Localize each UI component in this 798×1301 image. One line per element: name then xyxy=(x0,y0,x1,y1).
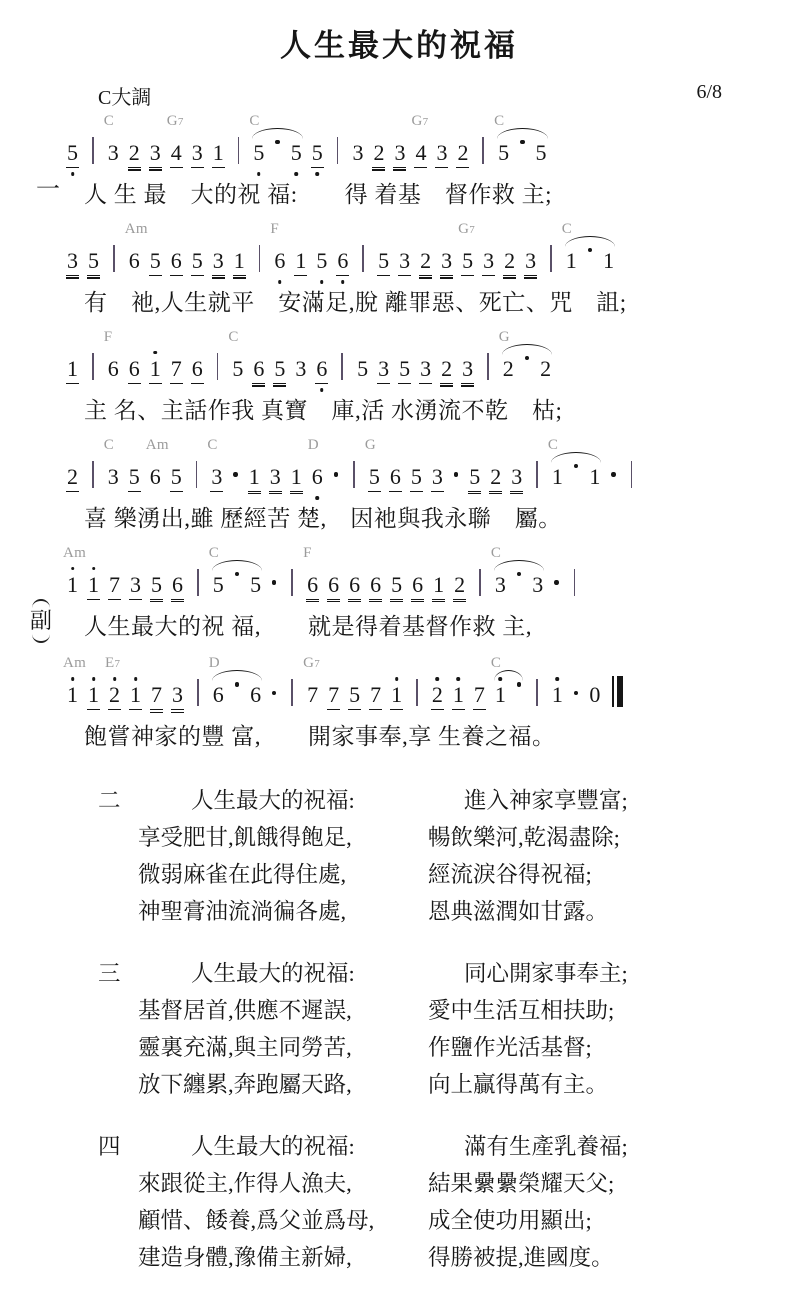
note: 5 xyxy=(191,248,204,276)
note: 2 xyxy=(503,248,516,276)
tie-group: 5C5 xyxy=(248,140,306,167)
verse-line-right: 作鹽作光活基督; xyxy=(428,1029,798,1066)
note: 2 xyxy=(440,356,453,384)
chord-root: C xyxy=(104,437,114,453)
octave-dot-high xyxy=(499,677,503,681)
chorus-marker: 副 xyxy=(30,599,52,643)
note: 2 xyxy=(453,572,466,600)
note: 2 xyxy=(539,356,552,383)
barline xyxy=(113,245,115,272)
note: 2 xyxy=(372,140,385,168)
note: 5 xyxy=(468,464,481,492)
chord-label: C xyxy=(562,222,572,237)
jianpu-score: 一53C234G7315C553234G7325C5人 生 最 大的祝 福: 得… xyxy=(0,110,798,752)
verse-line: 二人生最大的祝福:進入神家享豐富; xyxy=(98,782,798,819)
verse-number xyxy=(98,1202,138,1239)
verse-line-right: 得勝被提,進國度。 xyxy=(428,1239,798,1276)
note: 5G xyxy=(368,464,381,492)
verse-line-right: 向上贏得萬有主。 xyxy=(428,1066,798,1103)
note: 1 xyxy=(87,572,100,600)
tie-group: 2G2 xyxy=(498,356,556,383)
verse-line-right: 暢飲樂河,乾渴盡除; xyxy=(428,819,798,856)
note: 6 xyxy=(171,572,184,600)
jianpu-notes-row: 356Am565316F15653235G73231C1 xyxy=(62,218,798,288)
barline xyxy=(291,679,293,706)
note: 5 xyxy=(315,248,328,275)
note: 5 xyxy=(66,140,79,168)
octave-dot-high xyxy=(153,351,157,355)
music-system: 副1Am173565C56F66656123C3人生最大的祝 福, 就是得着基督… xyxy=(0,542,798,642)
octave-dot-low xyxy=(320,388,324,392)
note: 1 xyxy=(452,682,465,710)
chord-label: C xyxy=(491,546,501,561)
verse-line-right: 經流淚谷得祝福; xyxy=(428,856,798,893)
augmentation-dot xyxy=(517,572,521,576)
verse-block: 四人生最大的祝福:滿有生產乳養福;來跟從主,作得人漁夫,結果纍纍榮耀天父;顧惜、… xyxy=(98,1128,798,1276)
note: 1 xyxy=(248,464,261,492)
augmentation-dot xyxy=(272,691,276,695)
note: 6F xyxy=(273,248,286,275)
note: 6D xyxy=(311,464,324,491)
chord-label: Am xyxy=(63,546,86,561)
note: 1 xyxy=(149,356,162,384)
chord-root: G xyxy=(167,113,178,129)
verse-line-left: 基督居首,供應不遲誤, xyxy=(138,992,428,1029)
chord-label: E7 xyxy=(105,656,120,671)
note: 2 xyxy=(419,248,432,276)
note: 6 xyxy=(411,572,424,600)
note: 5 xyxy=(390,572,403,600)
note: 6D xyxy=(212,682,225,709)
final-barline-thin xyxy=(612,676,614,707)
note: 5 xyxy=(273,356,286,384)
note: 3C xyxy=(107,464,120,491)
octave-dot-low xyxy=(320,280,324,284)
note: 3 xyxy=(393,140,406,168)
note: 5 xyxy=(356,356,369,383)
chord-root: Am xyxy=(146,437,169,453)
note: 5C xyxy=(212,572,225,599)
chord-root: Am xyxy=(63,655,86,671)
augmentation-dot xyxy=(454,472,458,476)
note: 3 xyxy=(269,464,282,492)
note: 3 xyxy=(419,356,432,384)
verse-line-left: 人生最大的祝福: xyxy=(138,955,428,992)
final-barline xyxy=(612,676,622,707)
augmentation-dot xyxy=(525,356,529,360)
verse-block: 三人生最大的祝福:同心開家事奉主;基督居首,供應不遲誤,愛中生活互相扶助;靈裏充… xyxy=(98,955,798,1103)
verse-number xyxy=(98,856,138,893)
jianpu-notes-row: 1Am12E71736D67G775712171C10 xyxy=(62,649,798,722)
chord-root: C xyxy=(491,655,501,671)
time-signature-label: 6/8 xyxy=(696,81,722,110)
verse-line: 三人生最大的祝福:同心開家事奉主; xyxy=(98,955,798,992)
verse-line-right: 愛中生活互相扶助; xyxy=(428,992,798,1029)
chord-label: D xyxy=(209,656,220,671)
chord-label: G xyxy=(365,438,376,453)
chord-root: F xyxy=(104,329,113,345)
chord-quality: 7 xyxy=(314,658,320,670)
note: 6 xyxy=(327,572,340,600)
octave-dot-high xyxy=(71,677,75,681)
barline xyxy=(197,569,199,596)
verse-line-left: 來跟從主,作得人漁夫, xyxy=(138,1165,428,1202)
barline xyxy=(631,461,633,488)
chord-label: C xyxy=(207,438,217,453)
chord-root: C xyxy=(494,113,504,129)
chord-root: G xyxy=(458,221,469,237)
chord-label: G7 xyxy=(458,222,475,237)
note: 1 xyxy=(390,682,403,710)
verse-line-left: 神聖膏油流淌徧各處, xyxy=(138,893,428,930)
note: 1 xyxy=(233,248,246,276)
note: 2E7 xyxy=(108,682,121,710)
verse-line: 放下纏累,奔跑屬天路,向上贏得萬有主。 xyxy=(98,1066,798,1103)
note: 1 xyxy=(432,572,445,600)
verse-line-left: 放下纏累,奔跑屬天路, xyxy=(138,1066,428,1103)
barline xyxy=(337,137,339,164)
verse-line-right: 滿有生產乳養福; xyxy=(428,1128,798,1165)
note: 3 xyxy=(440,248,453,276)
note: 1 xyxy=(212,140,225,168)
chord-label: G7 xyxy=(411,114,428,129)
chord-label: F xyxy=(303,546,312,561)
verse-line: 神聖膏油流淌徧各處,恩典滋潤如甘露。 xyxy=(98,893,798,930)
chord-root: C xyxy=(207,437,217,453)
note: 1 xyxy=(129,682,142,710)
note: 7G7 xyxy=(306,682,319,709)
barline xyxy=(92,137,94,164)
octave-dot-high xyxy=(556,677,560,681)
barline xyxy=(536,679,538,706)
chord-label: D xyxy=(308,438,319,453)
note: 3 xyxy=(435,140,448,168)
note: 2 xyxy=(66,464,79,492)
verse-line-right: 成全使功用顯出; xyxy=(428,1202,798,1239)
verse-line-right: 進入神家享豐富; xyxy=(428,782,798,819)
verse-number xyxy=(98,1066,138,1103)
music-system: 23C56Am53C1316D5G6535231C1喜 樂湧出,雖 歷經苦 楚,… xyxy=(0,434,798,534)
verse-line: 四人生最大的祝福:滿有生產乳養福; xyxy=(98,1128,798,1165)
barline xyxy=(482,137,484,164)
verse-line: 基督居首,供應不遲誤,愛中生活互相扶助; xyxy=(98,992,798,1029)
note: 3 xyxy=(171,682,184,710)
verse-block: 二人生最大的祝福:進入神家享豐富;享受肥甘,飢餓得飽足,暢飲樂河,乾渴盡除;微弱… xyxy=(98,782,798,930)
note: 5 xyxy=(535,140,548,167)
chord-label: Am xyxy=(146,438,169,453)
augmentation-dot xyxy=(588,248,592,252)
chord-label: C xyxy=(491,656,501,671)
tie-group: 5C5 xyxy=(493,140,551,167)
chord-root: G xyxy=(499,329,510,345)
note: 1 xyxy=(290,464,303,492)
note: 5 xyxy=(170,464,183,492)
augmentation-dot xyxy=(517,682,521,686)
note: 2 xyxy=(489,464,502,492)
note: 3 xyxy=(149,140,162,168)
lyrics-row: 有 祂,人生就平 安滿足,脫 離罪惡、死亡、咒 詛; xyxy=(84,288,798,318)
note: 1 xyxy=(66,356,79,384)
chord-root: G xyxy=(411,113,422,129)
verses-block: 二人生最大的祝福:進入神家享豐富;享受肥甘,飢餓得飽足,暢飲樂河,乾渴盡除;微弱… xyxy=(98,782,798,1276)
note: 7 xyxy=(150,682,163,710)
verse-number: 三 xyxy=(98,955,138,992)
note: 7 xyxy=(170,356,183,384)
octave-dot-low xyxy=(71,172,75,176)
chord-label: C xyxy=(494,114,504,129)
note: 3 xyxy=(294,356,307,383)
note: 3 xyxy=(531,572,544,599)
music-system: 一53C234G7315C553234G7325C5人 生 最 大的祝 福: 得… xyxy=(0,110,798,210)
barline xyxy=(341,353,343,380)
note: 3C xyxy=(210,464,223,492)
note: 5 xyxy=(149,248,162,276)
key-signature-label: C大調 xyxy=(98,81,151,110)
verse-line-left: 人生最大的祝福: xyxy=(138,782,428,819)
music-system: 16F61765C65365353232G2主 名、主話作我 真寶 庫,活 水湧… xyxy=(0,326,798,426)
note: 6Am xyxy=(128,248,141,275)
barline xyxy=(197,679,199,706)
augmentation-dot xyxy=(520,140,524,144)
chord-label: F xyxy=(104,330,113,345)
barline xyxy=(487,353,489,380)
octave-dot-low xyxy=(315,172,319,176)
note: 5 xyxy=(87,248,100,276)
barline xyxy=(574,569,576,596)
note: 3 xyxy=(191,140,204,168)
note: 1 xyxy=(87,682,100,710)
note: 3 xyxy=(398,248,411,276)
note: 3 xyxy=(129,572,142,600)
chord-root: C xyxy=(228,329,238,345)
augmentation-dot xyxy=(235,682,239,686)
note: 6 xyxy=(252,356,265,384)
jianpu-notes-row: 1Am173565C56F66656123C3 xyxy=(62,542,798,612)
verse-line-left: 靈裏充滿,與主同勞苦, xyxy=(138,1029,428,1066)
tie-group: 3C3 xyxy=(490,572,548,599)
verse-line-right: 同心開家事奉主; xyxy=(428,955,798,992)
note: 3C xyxy=(107,140,120,167)
barline xyxy=(353,461,355,488)
note: 7 xyxy=(327,682,340,710)
chord-root: C xyxy=(249,113,259,129)
note: 1Am xyxy=(66,682,79,709)
barline xyxy=(92,461,94,488)
note: 6 xyxy=(128,356,141,384)
final-barline-thick xyxy=(617,676,623,707)
note: 5 xyxy=(290,140,303,167)
verse-line-left: 顧惜、餧養,爲父並爲母, xyxy=(138,1202,428,1239)
marker-paren-bottom xyxy=(32,634,50,643)
note: 6F xyxy=(107,356,120,383)
note: 5C xyxy=(252,140,265,167)
octave-dot-high xyxy=(436,677,440,681)
note: 7 xyxy=(369,682,382,710)
note: 1C xyxy=(551,464,564,491)
verse-number xyxy=(98,893,138,930)
note: 6 xyxy=(249,682,262,709)
augmentation-dot xyxy=(574,691,578,695)
verse-number xyxy=(98,992,138,1029)
note: 3C xyxy=(494,572,507,599)
verse-line: 享受肥甘,飢餓得飽足,暢飲樂河,乾渴盡除; xyxy=(98,819,798,856)
barline xyxy=(479,569,481,596)
chord-root: C xyxy=(104,113,114,129)
barline xyxy=(291,569,293,596)
note: 3 xyxy=(510,464,523,492)
chord-root: C xyxy=(491,545,501,561)
verse-line-right: 恩典滋潤如甘露。 xyxy=(428,893,798,930)
chord-quality: 7 xyxy=(178,116,184,128)
verse-number xyxy=(98,1239,138,1276)
octave-dot-high xyxy=(457,677,461,681)
chord-root: F xyxy=(270,221,279,237)
verse-line-left: 人生最大的祝福: xyxy=(138,1128,428,1165)
barline xyxy=(217,353,219,380)
chord-label: C xyxy=(104,114,114,129)
note: 1Am xyxy=(66,572,79,599)
octave-dot-low xyxy=(257,172,261,176)
lyrics-row: 主 名、主話作我 真寶 庫,活 水湧流不乾 枯; xyxy=(84,396,798,426)
chord-quality: 7 xyxy=(423,116,429,128)
barline xyxy=(550,245,552,272)
note: 3 xyxy=(377,356,390,384)
music-system: 356Am565316F15653235G73231C1有 祂,人生就平 安滿足… xyxy=(0,218,798,318)
octave-dot-high xyxy=(134,677,138,681)
augmentation-dot xyxy=(554,580,558,584)
note: 5 xyxy=(410,464,423,492)
augmentation-dot xyxy=(235,572,239,576)
chord-label: C xyxy=(104,438,114,453)
lyrics-row: 人生最大的祝 福, 就是得着基督作救 主, xyxy=(84,612,798,642)
chord-label: G7 xyxy=(167,114,184,129)
note: 3 xyxy=(482,248,495,276)
chord-label: C xyxy=(228,330,238,345)
chord-quality: 7 xyxy=(469,224,475,236)
octave-dot-high xyxy=(71,567,75,571)
chord-quality: 7 xyxy=(114,658,120,670)
octave-dot-high xyxy=(92,677,96,681)
lyrics-row: 人 生 最 大的祝 福: 得 着基 督作救 主; xyxy=(84,180,798,210)
note: 5G7 xyxy=(461,248,474,276)
note: 5 xyxy=(150,572,163,600)
chord-root: C xyxy=(548,437,558,453)
chord-label: F xyxy=(270,222,279,237)
verse-line: 建造身體,豫備主新婦,得勝被提,進國度。 xyxy=(98,1239,798,1276)
note: 5 xyxy=(377,248,390,276)
note: 2G xyxy=(502,356,515,383)
note: 5 xyxy=(348,682,361,710)
chord-root: Am xyxy=(63,545,86,561)
augmentation-dot xyxy=(272,580,276,584)
chord-label: Am xyxy=(63,656,86,671)
augmentation-dot xyxy=(275,140,279,144)
verse-line-left: 建造身體,豫備主新婦, xyxy=(138,1239,428,1276)
note: 1 xyxy=(551,682,564,709)
note: 3 xyxy=(351,140,364,167)
verse-line-left: 微弱麻雀在此得住處, xyxy=(138,856,428,893)
verse-line-left: 享受肥甘,飢餓得飽足, xyxy=(138,819,428,856)
note: 7 xyxy=(473,682,486,710)
verse-number: 二 xyxy=(98,782,138,819)
chord-root: G xyxy=(303,655,314,671)
chord-root: F xyxy=(303,545,312,561)
note: 1 xyxy=(602,248,615,275)
verse-line: 靈裏充滿,與主同勞苦,作鹽作光活基督; xyxy=(98,1029,798,1066)
note: 5 xyxy=(311,140,324,168)
note: 6 xyxy=(170,248,183,276)
chord-label: C xyxy=(249,114,259,129)
barline xyxy=(92,353,94,380)
barline xyxy=(536,461,538,488)
augmentation-dot xyxy=(611,472,615,476)
chord-root: G xyxy=(365,437,376,453)
note: 5C xyxy=(231,356,244,383)
verse-line: 來跟從主,作得人漁夫,結果纍纍榮耀天父; xyxy=(98,1165,798,1202)
lyrics-row: 喜 樂湧出,雖 歷經苦 楚, 因祂與我永聯 屬。 xyxy=(84,504,798,534)
chord-label: G xyxy=(499,330,510,345)
augmentation-dot xyxy=(334,472,338,476)
note: 6Am xyxy=(149,464,162,491)
tie-group: 1C1 xyxy=(547,464,605,491)
note: 2 xyxy=(456,140,469,168)
note: 2 xyxy=(128,140,141,168)
marker-paren-top xyxy=(32,599,50,608)
chord-root: D xyxy=(308,437,319,453)
chord-root: Am xyxy=(125,221,148,237)
music-system: 1Am12E71736D67G775712171C10飽嘗神家的豐 富, 開家事… xyxy=(0,649,798,752)
note: 6 xyxy=(369,572,382,600)
octave-dot-high xyxy=(113,677,117,681)
note: 3 xyxy=(524,248,537,276)
octave-dot-low xyxy=(315,496,319,500)
verse-number xyxy=(98,1029,138,1066)
jianpu-notes-row: 23C56Am53C1316D5G6535231C1 xyxy=(62,434,798,504)
note: 5C xyxy=(497,140,510,167)
barline xyxy=(416,679,418,706)
octave-dot-low xyxy=(294,172,298,176)
tie-group: 6D6 xyxy=(208,682,266,709)
note: 1C xyxy=(494,682,507,709)
note: 6 xyxy=(191,356,204,384)
barline xyxy=(238,137,240,164)
octave-dot-high xyxy=(92,567,96,571)
augmentation-dot xyxy=(233,472,237,476)
verse-number xyxy=(98,819,138,856)
note: 0 xyxy=(588,682,601,709)
stanza-marker: 一 xyxy=(36,169,60,204)
verse-line: 顧惜、餧養,爲父並爲母,成全使功用顯出; xyxy=(98,1202,798,1239)
note: 3 xyxy=(431,464,444,492)
jianpu-notes-row: 16F61765C65365353232G2 xyxy=(62,326,798,396)
chord-label: C xyxy=(548,438,558,453)
tie-group: 1C1 xyxy=(561,248,619,275)
chord-root: C xyxy=(209,545,219,561)
octave-dot-high xyxy=(395,677,399,681)
verse-line-right: 結果纍纍榮耀天父; xyxy=(428,1165,798,1202)
hymn-sheet-page: 人生最大的祝福 C大調 6/8 一53C234G7315C553234G7325… xyxy=(0,0,798,1301)
note: 3 xyxy=(212,248,225,276)
note: 4G7 xyxy=(170,140,183,168)
barline xyxy=(196,461,198,488)
note: 5 xyxy=(249,572,262,599)
tie-group: 5C5 xyxy=(208,572,266,599)
verse-number xyxy=(98,1165,138,1202)
note: 6 xyxy=(348,572,361,600)
chord-root: D xyxy=(209,655,220,671)
verse-line: 微弱麻雀在此得住處,經流淚谷得祝福; xyxy=(98,856,798,893)
note: 5 xyxy=(128,464,141,492)
